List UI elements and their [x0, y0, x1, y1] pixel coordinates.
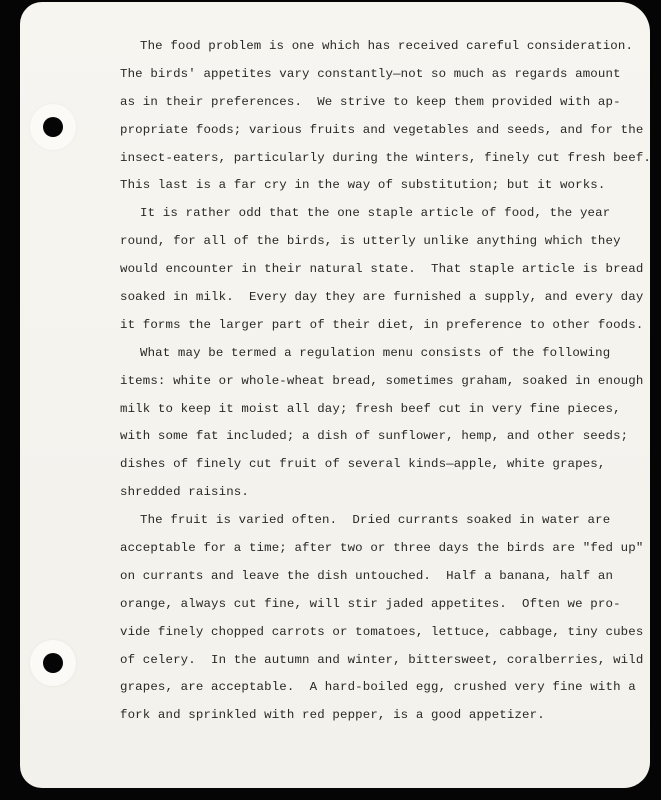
text-line: The food problem is one which has receiv… — [120, 33, 620, 61]
paragraph: The fruit is varied often. Dried currant… — [120, 507, 620, 730]
text-line: propriate foods; various fruits and vege… — [120, 117, 620, 145]
text-line: orange, always cut fine, will stir jaded… — [120, 591, 620, 619]
text-line: soaked in milk. Every day they are furni… — [120, 284, 620, 312]
text-line: acceptable for a time; after two or thre… — [120, 535, 620, 563]
text-line: vide finely chopped carrots or tomatoes,… — [120, 619, 620, 647]
text-line: fork and sprinkled with red pepper, is a… — [120, 702, 620, 730]
text-line: shredded raisins. — [120, 479, 620, 507]
text-line: of celery. In the autumn and winter, bit… — [120, 647, 620, 675]
text-line: it forms the larger part of their diet, … — [120, 312, 620, 340]
paragraph: What may be termed a regulation menu con… — [120, 340, 620, 507]
text-line: What may be termed a regulation menu con… — [120, 340, 620, 368]
text-line: round, for all of the birds, is utterly … — [120, 228, 620, 256]
text-line: The fruit is varied often. Dried currant… — [120, 507, 620, 535]
text-line: would encounter in their natural state. … — [120, 256, 620, 284]
hole-icon — [43, 653, 63, 673]
text-line: milk to keep it moist all day; fresh bee… — [120, 396, 620, 424]
document-body: The food problem is one which has receiv… — [120, 33, 620, 730]
punch-hole-top — [30, 104, 76, 150]
hole-icon — [43, 117, 63, 137]
text-line: on currants and leave the dish untouched… — [120, 563, 620, 591]
text-line: The birds' appetites vary constantly—not… — [120, 61, 620, 89]
text-line: as in their preferences. We strive to ke… — [120, 89, 620, 117]
text-line: insect-eaters, particularly during the w… — [120, 145, 620, 173]
text-line: with some fat included; a dish of sunflo… — [120, 423, 620, 451]
text-line: dishes of finely cut fruit of several ki… — [120, 451, 620, 479]
text-line: This last is a far cry in the way of sub… — [120, 172, 620, 200]
paragraph: It is rather odd that the one staple art… — [120, 200, 620, 339]
paragraph: The food problem is one which has receiv… — [120, 33, 620, 200]
punch-hole-bottom — [30, 640, 76, 686]
text-line: It is rather odd that the one staple art… — [120, 200, 620, 228]
text-line: items: white or whole-wheat bread, somet… — [120, 368, 620, 396]
text-line: grapes, are acceptable. A hard-boiled eg… — [120, 674, 620, 702]
